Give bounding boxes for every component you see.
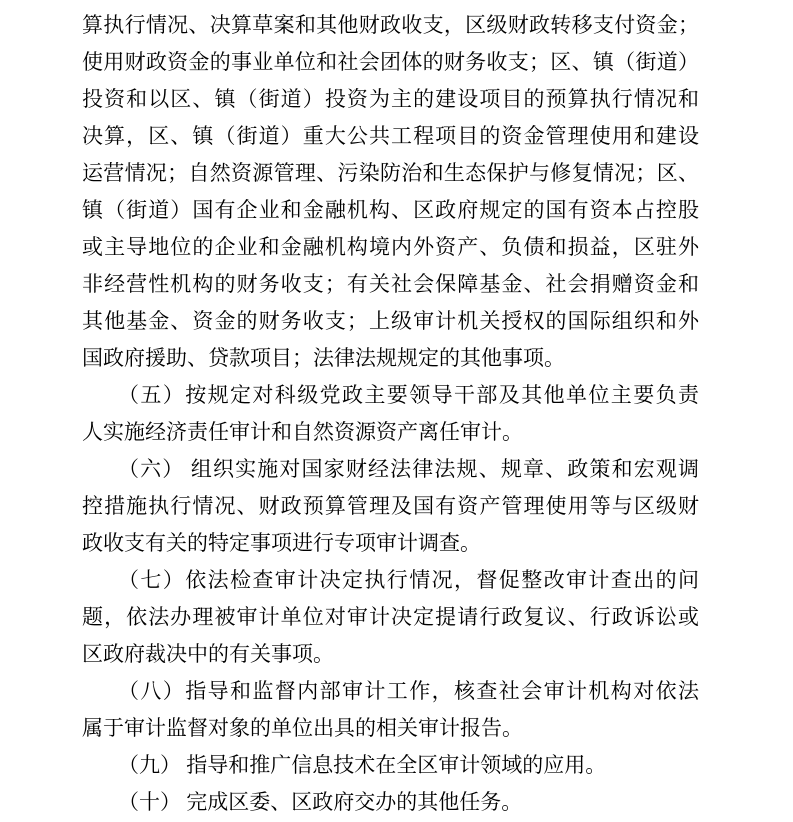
text-line: 属于审计监督对象的单位出具的相关审计报告。	[82, 710, 699, 747]
text-line: （九） 指导和推广信息技术在全区审计领域的应用。	[82, 747, 699, 784]
text-line: 题，依法办理被审计单位对审计决定提请行政复议、行政诉讼或	[82, 599, 699, 636]
text-line: 区政府裁决中的有关事项。	[82, 636, 699, 673]
paragraph-4: （七）依法检查审计决定执行情况，督促整改审计查出的问题，依法办理被审计单位对审计…	[82, 562, 699, 673]
text-line: 算执行情况、决算草案和其他财政收支，区级财政转移支付资金；	[82, 7, 699, 44]
paragraph-7: （十） 完成区委、区政府交办的其他任务。	[82, 784, 699, 821]
text-line: 镇（街道）国有企业和金融机构、区政府规定的国有资本占控股	[82, 192, 699, 229]
paragraph-3: （六） 组织实施对国家财经法律法规、规章、政策和宏观调控措施执行情况、财政预算管…	[82, 451, 699, 562]
paragraph-1: 算执行情况、决算草案和其他财政收支，区级财政转移支付资金；使用财政资金的事业单位…	[82, 7, 699, 377]
text-line: （六） 组织实施对国家财经法律法规、规章、政策和宏观调	[82, 451, 699, 488]
text-line: 或主导地位的企业和金融机构境内外资产、负债和损益，区驻外	[82, 229, 699, 266]
text-line: 政收支有关的特定事项进行专项审计调查。	[82, 525, 699, 562]
text-line: 控措施执行情况、财政预算管理及国有资产管理使用等与区级财	[82, 488, 699, 525]
text-line: （五）按规定对科级党政主要领导干部及其他单位主要负责	[82, 377, 699, 414]
text-line: 决算，区、镇（街道）重大公共工程项目的资金管理使用和建设	[82, 118, 699, 155]
paragraph-2: （五）按规定对科级党政主要领导干部及其他单位主要负责人实施经济责任审计和自然资源…	[82, 377, 699, 451]
text-line: 人实施经济责任审计和自然资源资产离任审计。	[82, 414, 699, 451]
text-line: 国政府援助、贷款项目；法律法规规定的其他事项。	[82, 340, 699, 377]
text-line: 非经营性机构的财务收支；有关社会保障基金、社会捐赠资金和	[82, 266, 699, 303]
text-line: （十） 完成区委、区政府交办的其他任务。	[82, 784, 699, 821]
paragraph-5: （八）指导和监督内部审计工作，核查社会审计机构对依法属于审计监督对象的单位出具的…	[82, 673, 699, 747]
text-line: 运营情况；自然资源管理、污染防治和生态保护与修复情况；区、	[82, 155, 699, 192]
document-page: 算执行情况、决算草案和其他财政收支，区级财政转移支付资金；使用财政资金的事业单位…	[0, 0, 793, 822]
text-line: （七）依法检查审计决定执行情况，督促整改审计查出的问	[82, 562, 699, 599]
text-line: 投资和以区、镇（街道）投资为主的建设项目的预算执行情况和	[82, 81, 699, 118]
text-line: 其他基金、资金的财务收支；上级审计机关授权的国际组织和外	[82, 303, 699, 340]
document-text-block: 算执行情况、决算草案和其他财政收支，区级财政转移支付资金；使用财政资金的事业单位…	[82, 7, 699, 821]
text-line: （八）指导和监督内部审计工作，核查社会审计机构对依法	[82, 673, 699, 710]
paragraph-6: （九） 指导和推广信息技术在全区审计领域的应用。	[82, 747, 699, 784]
text-line: 使用财政资金的事业单位和社会团体的财务收支；区、镇（街道）	[82, 44, 699, 81]
